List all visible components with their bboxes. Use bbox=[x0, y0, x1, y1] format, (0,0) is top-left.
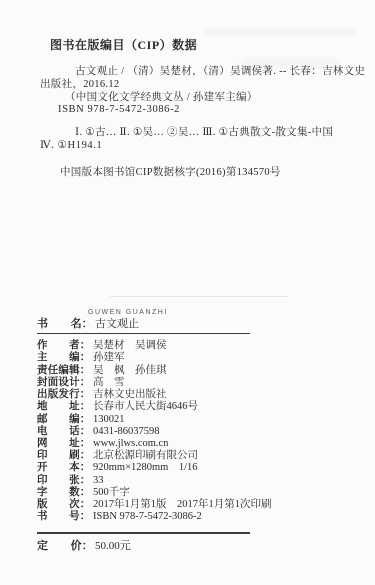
field-label: 书 号： bbox=[37, 511, 93, 523]
field-value: 500千字 bbox=[93, 487, 130, 498]
field-label: 电 话： bbox=[37, 426, 93, 438]
book-title-row: 书 名：古文观止 bbox=[37, 318, 352, 331]
field-value: 长春市人民大街4646号 bbox=[93, 401, 198, 412]
title-pinyin: GUWEN GUANZHI bbox=[88, 309, 352, 317]
field-label: 印 张： bbox=[37, 475, 93, 487]
field-value: 130021 bbox=[93, 414, 125, 425]
field-label: 字 数： bbox=[37, 487, 93, 499]
field-row-edition: 版 次：2017年1月第1版 2017年1月第1次印刷 bbox=[37, 499, 352, 511]
field-row-cover-design: 封面设计：高 雪 bbox=[37, 377, 352, 389]
scan-artifact-line bbox=[110, 296, 288, 297]
field-value: 高 雪 bbox=[93, 377, 125, 388]
field-label: 书 名： bbox=[37, 318, 95, 331]
field-label: 邮 编： bbox=[37, 414, 93, 426]
field-row-author: 作 者：吴楚材 吴调侯 bbox=[37, 340, 352, 352]
field-label: 封面设计： bbox=[37, 377, 93, 389]
field-row-website: 网 址：www.jlws.com.cn bbox=[37, 438, 352, 450]
field-label: 网 址： bbox=[37, 438, 93, 450]
field-value: 920mm×1280mm 1/16 bbox=[93, 462, 198, 473]
cip-classification-line: Ⅰ. ①古… Ⅱ. ①吴… ②吴… Ⅲ. ①古典散文-散文集-中国 bbox=[75, 127, 375, 140]
field-value: 北京松源印刷有限公司 bbox=[93, 450, 198, 461]
cip-record-number: 中国版本图书馆CIP数据核字(2016)第134570号 bbox=[60, 166, 375, 179]
price-row: 定 价：50.00元 bbox=[37, 540, 352, 553]
field-row-publisher: 出版发行：吉林文史出版社 bbox=[37, 389, 352, 401]
field-value: ISBN 978-7-5472-3086-2 bbox=[93, 511, 202, 522]
scan-smudge bbox=[205, 28, 355, 36]
field-row-address: 地 址：长春市人民大街4646号 bbox=[37, 401, 352, 413]
field-label: 责任编辑： bbox=[37, 365, 93, 377]
book-info-section: GUWEN GUANZHI 书 名：古文观止 作 者：吴楚材 吴调侯 主 编：孙… bbox=[37, 309, 352, 553]
field-row-responsible-editor: 责任编辑：吴 枫 孙佳琪 bbox=[37, 365, 352, 377]
field-value: 吉林文史出版社 bbox=[93, 389, 167, 400]
field-rows: 作 者：吴楚材 吴调侯 主 编：孙建军 责任编辑：吴 枫 孙佳琪 封面设计：高 … bbox=[37, 340, 352, 523]
field-value: 孙建军 bbox=[93, 352, 125, 363]
price-value: 50.00元 bbox=[95, 540, 131, 552]
field-value: www.jlws.com.cn bbox=[93, 438, 168, 449]
field-row-isbn: 书 号：ISBN 978-7-5472-3086-2 bbox=[37, 511, 352, 523]
field-row-printer: 印 刷：北京松源印刷有限公司 bbox=[37, 450, 352, 462]
field-label: 作 者： bbox=[37, 340, 93, 352]
field-value: 吴楚材 吴调侯 bbox=[93, 340, 167, 351]
field-value: 33 bbox=[93, 475, 104, 486]
copyright-page: 图书在版编目（CIP）数据 古文观止 / （清）吴楚材，（清）吴调侯著. -- … bbox=[0, 0, 375, 585]
field-value: 0431-86037598 bbox=[93, 426, 160, 437]
field-row-postcode: 邮 编：130021 bbox=[37, 414, 352, 426]
cip-series-line: （中国文化文学经典文丛 / 孙建军主编） bbox=[65, 92, 375, 105]
field-row-word-count: 字 数：500千字 bbox=[37, 487, 352, 499]
field-label: 印 刷： bbox=[37, 450, 93, 462]
field-label: 出版发行： bbox=[37, 389, 93, 401]
divider-rule-top bbox=[37, 333, 250, 335]
scan-smudge bbox=[240, 58, 340, 68]
field-row-chief-editor: 主 编：孙建军 bbox=[37, 352, 352, 364]
cip-isbn-line: ISBN 978-7-5472-3086-2 bbox=[58, 104, 375, 117]
field-value: 2017年1月第1版 2017年1月第1次印刷 bbox=[93, 499, 272, 510]
cip-catalog-line: 出版社，2016.12 bbox=[40, 79, 375, 92]
book-title: 古文观止 bbox=[95, 318, 139, 330]
field-row-phone: 电 话：0431-86037598 bbox=[37, 426, 352, 438]
field-label: 版 次： bbox=[37, 499, 93, 511]
field-label: 开 本： bbox=[37, 462, 93, 474]
field-label: 主 编： bbox=[37, 352, 93, 364]
divider-rule-bottom bbox=[37, 532, 250, 534]
cip-heading: 图书在版编目（CIP）数据 bbox=[50, 38, 375, 52]
field-row-sheets: 印 张：33 bbox=[37, 475, 352, 487]
field-label: 定 价： bbox=[37, 540, 95, 553]
field-label: 地 址： bbox=[37, 401, 93, 413]
cip-classification-line: Ⅳ. ①H194.1 bbox=[40, 140, 375, 153]
field-row-format: 开 本：920mm×1280mm 1/16 bbox=[37, 462, 352, 474]
field-value: 吴 枫 孙佳琪 bbox=[93, 365, 167, 376]
